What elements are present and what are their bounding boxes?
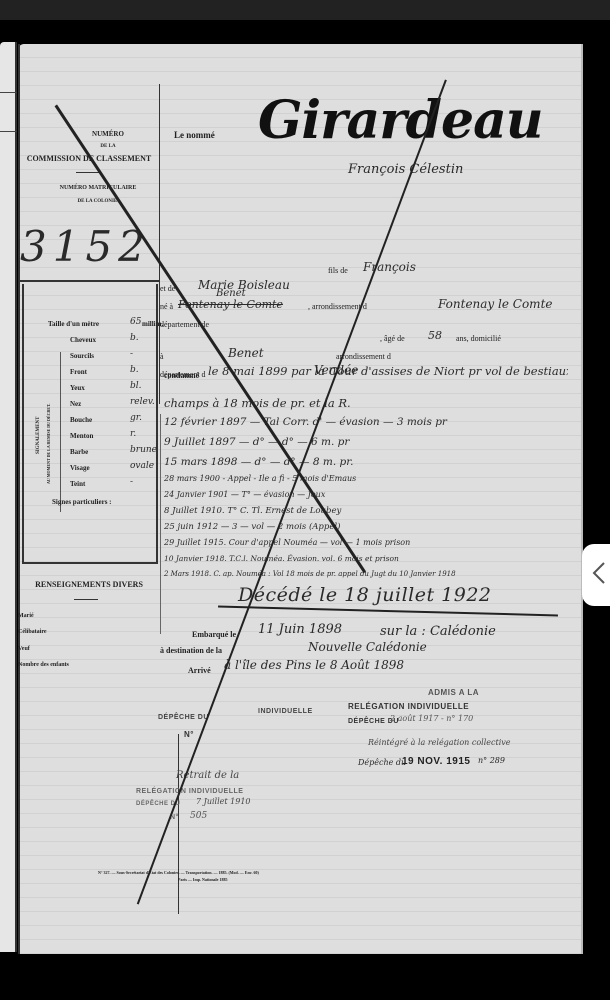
birthplace: Fontenay le Comte [178, 298, 283, 311]
depeche-number: n° 289 [478, 756, 505, 765]
ship-name: sur la : Calédonie [380, 624, 496, 639]
previous-page-button[interactable] [582, 544, 610, 606]
condamnation-line: 9 Juillet 1897 — d° — d° — 6 m. pr [164, 436, 564, 448]
renseignement-enfants: Nombre des enfants [18, 662, 69, 668]
sig-label-taille: Taille d'un mètre [48, 320, 99, 328]
embarque-date: 11 Juin 1898 [258, 622, 342, 637]
footer-print-line-2: Paris — Imp. Nationale 1885 [178, 877, 227, 882]
arrive-label: Arrivé [188, 666, 211, 675]
matricule-number: 3152 [20, 222, 151, 271]
sig-label-cheveux: Cheveux [70, 336, 96, 344]
renseignement-marie: Marié [18, 613, 34, 619]
condamnation-line: 8 Juillet 1910. T° C. Tl. Ernest de Loub… [164, 506, 341, 516]
sig-label-front: Front [70, 368, 87, 376]
sig-value-teint: - [130, 477, 133, 487]
document-page: NUMÉRO DE LA COMMISSION DE CLASSEMENT NU… [18, 44, 581, 954]
sig-value-bouche: gr. [130, 413, 142, 423]
retrait-depeche-date: 7 Juillet 1910 [196, 797, 251, 806]
sig-value-visage: ovale [130, 461, 154, 471]
age-label: , âgé de [380, 334, 405, 343]
signalement-bracket [60, 352, 61, 512]
sig-value-menton: r. [130, 429, 136, 439]
deces-underline [218, 606, 558, 617]
given-names: François Célestin [348, 162, 463, 177]
condamnation-line: 15 mars 1898 — d° — d° — 8 m. pr. [164, 456, 564, 468]
condamnation-line: 12 février 1897 — Tal Corr. d' — évasion… [164, 416, 564, 428]
condamnation-line: 25 juin 1912 — 3 — vol — 2 mois (Appel) [164, 522, 340, 532]
a-label: à [160, 352, 164, 361]
sig-value-yeux: bl. [130, 381, 142, 391]
depeche-date-stamp: 19 NOV. 1915 [402, 756, 470, 767]
sig-value-front: b. [130, 365, 139, 375]
fils-de-label: fils de [328, 266, 348, 275]
sig-label-bouche: Bouche [70, 416, 92, 424]
renseignements-title: RENSEIGNEMENTS DIVERS [22, 580, 156, 589]
condamnation-line: 2 Mars 1918. C. ap. Nouméa : Vol 18 mois… [164, 570, 456, 578]
retrait-stamp: RELÉGATION INDIVIDUELLE [136, 788, 243, 795]
sig-value-nez: relev. [130, 397, 155, 407]
ne-a-label: né à [160, 302, 173, 311]
signalement-title: SIGNALEMENT [36, 416, 41, 454]
father-name: François [363, 260, 416, 274]
condamnation-line: 10 Janvier 1918. T.C.l. Nouméa. Évasion.… [164, 554, 399, 563]
stamp-relegation: RELÉGATION INDIVIDUELLE [348, 702, 469, 711]
sig-label-teint: Teint [70, 480, 85, 488]
sig-label-visage: Visage [70, 464, 90, 472]
sig-label-yeux: Yeux [70, 384, 85, 392]
condamne-label: condamné [164, 371, 199, 380]
stamp-admis: ADMIS A LA [428, 688, 479, 697]
destination-label: à destination de la [160, 646, 222, 655]
sig-label-nez: Nez [70, 400, 81, 408]
condamnation-line: le 8 mai 1899 par la Cour d'assises de N… [208, 364, 568, 378]
matricule-label: NUMÉRO MATRICULAIRE [38, 185, 158, 191]
depeche-label: Dépêche du [358, 758, 406, 767]
arrondissement-value: Fontenay le Comte [438, 297, 553, 311]
signalement-subtitle: AU MOMENT DE LA REMISE DU DÉCRET. [46, 404, 51, 484]
viewer-top-bar [0, 0, 610, 20]
stamp-depeche-date: 2 août 1917 - n° 170 [390, 714, 473, 723]
ans-domicilie-label: ans, domicilié [456, 334, 501, 343]
signes-particuliers-label: Signes particuliers : [52, 498, 112, 506]
surname: Girardeau [258, 90, 543, 151]
arrival-value: à l'île des Pins le 8 Août 1898 [224, 658, 404, 672]
column-divider-lower [160, 414, 161, 634]
previous-page-edge [0, 42, 17, 952]
stamp-individuelle: INDIVIDUELLE [258, 708, 313, 715]
destination-value: Nouvelle Calédonie [308, 640, 427, 654]
condamnation-line: champs à 18 mois de pr. et la R. [164, 396, 564, 410]
sig-label-barbe: Barbe [70, 448, 88, 456]
sig-value-barbe: brune [130, 445, 157, 455]
divider [76, 172, 100, 173]
renseignement-veuf: Veuf [18, 646, 30, 652]
sig-value-cheveux: b. [130, 333, 139, 343]
renseignement-celibataire: Célibataire [18, 629, 47, 635]
footer-print-line: N° 327. — Sous-Secrétariat d'État des Co… [98, 870, 259, 875]
vertical-rule [178, 734, 179, 914]
page-edge [581, 44, 583, 954]
condamnation-line: 24 Janvier 1901 — T° — évasion — Joux [164, 490, 325, 499]
divider [74, 599, 98, 600]
sig-label-menton: Menton [70, 432, 93, 440]
chevron-left-icon [592, 561, 606, 590]
embarque-label: Embarqué le [192, 630, 236, 639]
left-margin-rule [18, 44, 20, 954]
stamp-left-no: N° [184, 730, 194, 739]
deces-text: Décédé le 18 juillet 1922 [238, 584, 492, 606]
sig-value-taille: 65 [130, 317, 141, 327]
sig-label-sourcils: Sourcils [70, 352, 94, 360]
condamnation-line: 29 Juillet 1915. Cour d'appel Nouméa — v… [164, 538, 410, 547]
age-value: 58 [428, 329, 442, 342]
header-bottom-rule [18, 280, 160, 282]
retrait-number: 505 [190, 811, 207, 821]
stamp-left-depeche: DÉPÊCHE DU [158, 714, 209, 721]
reintegre-note: Réintégré à la relégation collective [368, 738, 511, 747]
sig-value-sourcils: - [130, 349, 133, 359]
numero-label-2: DE LA [58, 144, 158, 149]
condamnation-line: 28 mars 1900 - Appel - Ile a fi - 5 mois… [164, 474, 356, 483]
domicile-value: Benet [228, 346, 264, 360]
matricule-label-2: DE LA COLONIE. [38, 199, 158, 204]
le-nomme-label: Le nommé [174, 130, 215, 140]
